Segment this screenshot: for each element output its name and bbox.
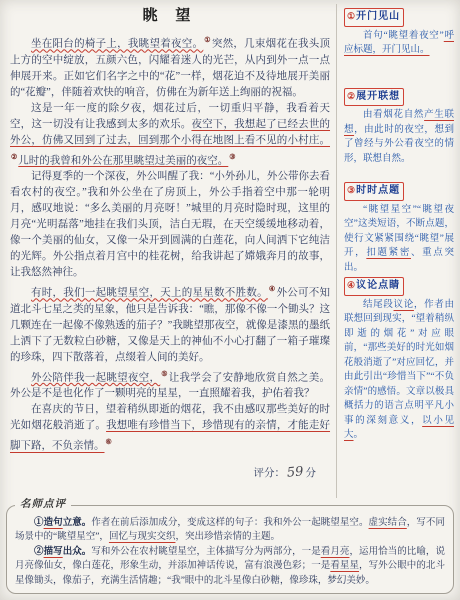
annotation-title: 议论点睛 [356,280,400,291]
text-segment: 回忆与现实交织 [109,532,176,542]
review-item: ①造句立意。作者在前后添加成分，变成这样的句子：我和外公一起眺望星空。虚实结合，… [15,516,445,545]
annotation-text: 结尾段议论，作者由联想回到现实，“望着稍纵即逝的烟花”对应眼前，“那些美好的时光… [344,298,454,443]
annotation-title: 开门见山 [356,11,400,22]
inline-note-marker: ⑤ [161,370,168,378]
annotation-sidebar: ①开门见山 首句“眺望着夜空”呼应标题，开门见山。 ②展开联想 由看烟花自然产生… [336,4,456,498]
inline-note-marker: ② [11,153,17,161]
annotation-title-box: ④议论点睛 [344,277,404,296]
annotation-text: “眺望星空”“眺望夜空”这类短语，不断点题，使行文紧紧围绕“眺望”展开，扣题紧密… [344,203,454,276]
score-unit: 分 [306,468,317,479]
annotation-block-1: ①开门见山 首句“眺望着夜空”呼应标题，开门见山。 [344,8,454,58]
inline-note-marker: ④ [269,285,276,293]
text-segment: 外公陪伴我一起眺望夜空， [31,372,160,383]
annotation-number-icon: ① [347,11,355,21]
annotation-title: 时时点题 [356,185,400,196]
text-segment: 议论 [394,300,414,310]
text-segment: 坐在阳台的椅子上，我眺望着夜空。 [31,39,203,50]
essay-paragraph: 记得夏季的一个深夜，外公叫醒了我：“小外孙儿，外公带你去看看农村的夜空。”我和外… [10,169,330,281]
score-label: 评分： [253,468,285,479]
annotation-title-box: ③时时点题 [344,182,404,201]
text-segment: ，作者由联想回到现实，“望着稍纵即逝的烟花”对应眼前，“那些美好的时光如烟花般消… [344,300,454,426]
text-segment: ① [34,518,44,528]
text-segment: 儿时的我曾和外公在那里眺望过美丽的夜空。 [18,155,228,166]
teacher-review-box: 名师点评 ①造句立意。作者在前后添加成分，变成这样的句子：我和外公一起眺望星空。… [6,505,454,595]
text-segment: 记得夏季的一个深夜，外公叫醒了我：“小外孙儿，外公带你去看看农村的夜空。”我和外… [10,171,330,278]
text-segment: 由看烟花自然 [363,110,424,120]
essay-paragraph: 这是一年一度的除夕夜，烟花过后，一切重归平静，我看着天空，这一切没有让我感到太多… [10,101,330,170]
text-segment: 虚实结合 [369,518,407,528]
text-segment: 写和外公在农村眺望星空，主体描写分为两部分，一是 [91,547,320,557]
annotation-title-box: ②展开联想 [344,88,404,107]
text-segment: ，突出珍惜亲情的主题。 [175,532,280,542]
annotation-number-icon: ③ [347,185,355,195]
text-segment: 立意。 [63,518,92,528]
annotation-title-box: ①开门见山 [344,8,404,27]
scanned-textbook-page: 眺 望 坐在阳台的椅子上，我眺望着夜空。①突然，几束烟花在我头顶上方的空中绽放，… [0,0,460,600]
inline-note-marker: ① [204,36,211,44]
text-segment: 描写 [44,547,63,557]
text-segment: 看星星 [330,561,359,571]
content-columns: 眺 望 坐在阳台的椅子上，我眺望着夜空。①突然，几束烟花在我头顶上方的空中绽放，… [6,4,456,498]
annotation-text: 首句“眺望着夜空”呼应标题，开门见山。 [344,29,454,58]
text-segment: 作者在前后添加成分，变成这样的句子：我和外公一起眺望星空。 [91,518,368,528]
essay-column: 眺 望 坐在阳台的椅子上，我眺望着夜空。①突然，几束烟花在我头顶上方的空中绽放，… [6,4,336,498]
text-segment: 结尾段 [363,300,394,310]
annotation-text: 由看烟花自然产生联想，由此时的夜空，想到了曾经与外公看夜空的情形，联想自然。 [344,108,454,166]
essay-paragraph: 外公陪伴我一起眺望夜空，⑤让我学会了安静地欣赏自然之美。外公是不是也化作了一颗明… [10,366,330,403]
annotation-block-3: ③时时点题 “眺望星空”“眺望夜空”这类短语，不断点题，使行文紧紧围绕“眺望”展… [344,182,454,275]
text-segment: 出众。 [63,547,92,557]
score-row: 评分：59分 [10,465,330,482]
annotation-title: 展开联想 [356,91,400,102]
text-segment: 首句“眺望着夜空” [363,31,444,41]
text-segment: ② [34,547,44,557]
annotation-block-2: ②展开联想 由看烟花自然产生联想，由此时的夜空，想到了曾经与外公看夜空的情形，联… [344,88,454,167]
inline-note-marker: ③ [229,153,235,161]
essay-title: 眺 望 [10,8,330,24]
review-header: 名师点评 [15,498,71,513]
text-segment: ，由此时的夜空，想到了曾经与外公看夜空的情形，联想自然。 [344,125,454,164]
score-value: 59 [286,464,304,481]
review-item: ②描写出众。写和外公在农村眺望星空，主体描写分为两部分，一是看月亮，运用恰当的比… [15,545,445,589]
essay-paragraph: 有时，我们一起眺望星空，天上的星星数不胜数。④外公可不知道北斗七星之类的星象，他… [10,281,330,366]
inline-note-marker: ⑥ [106,438,112,446]
annotation-number-icon: ④ [347,280,355,290]
text-segment: 扣题紧密 [366,248,411,258]
text-segment: 造句 [44,518,63,528]
essay-paragraph: 坐在阳台的椅子上，我眺望着夜空。①突然，几束烟花在我头顶上方的空中绽放，五颜六色… [10,32,330,101]
essay-paragraph: 在喜庆的节日，望着稍纵即逝的烟花，我不由感叹那些美好的时光如烟花般消逝了。我想唯… [10,402,330,455]
annotation-number-icon: ② [347,91,355,101]
text-segment: 。 [354,430,364,440]
text-segment: 有时，我们一起眺望星空，天上的星星数不胜数。 [31,288,268,299]
text-segment: 看月亮 [321,547,350,557]
annotation-block-4: ④议论点睛 结尾段议论，作者由联想回到现实，“望着稍纵即逝的烟花”对应眼前，“那… [344,277,454,443]
